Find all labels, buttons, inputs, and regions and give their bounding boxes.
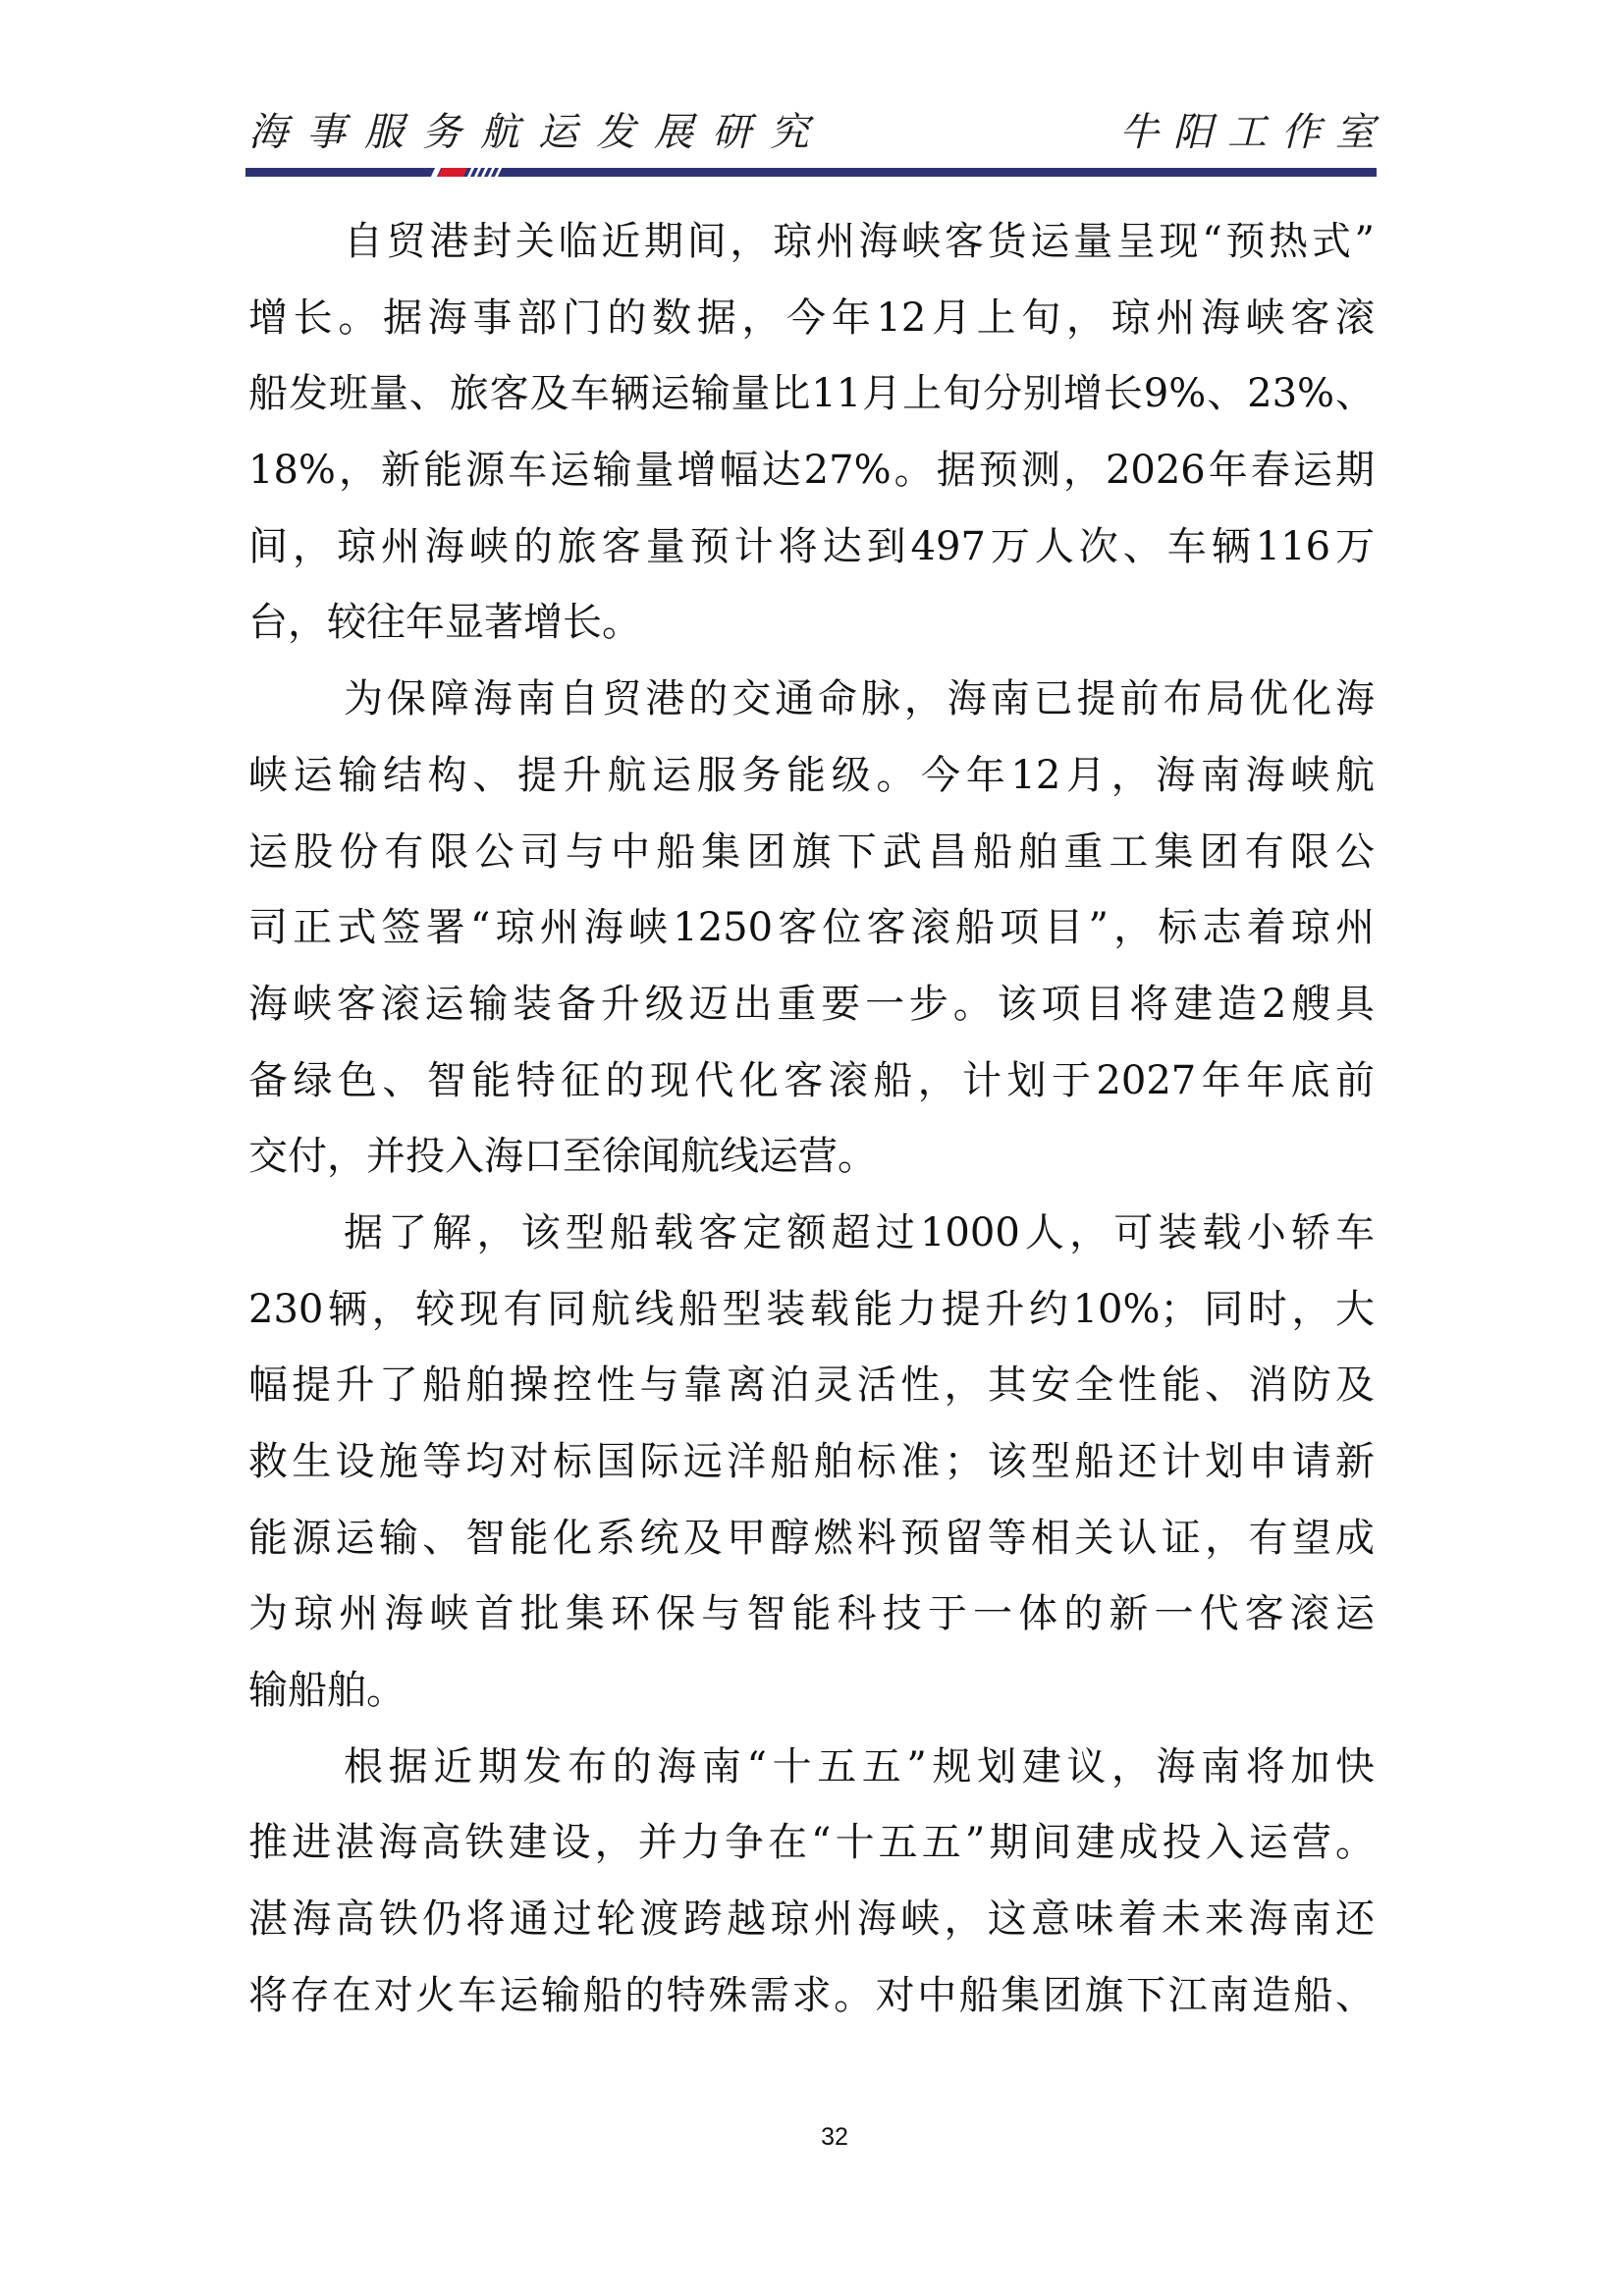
text-line: 据了解，该型船载客定额超过1000人，可装载小轿车 (248, 1196, 1375, 1272)
text-line: 自贸港封关临近期间，琼州海峡客货运量呈现“预热式” (248, 204, 1375, 281)
text-line: 台，较往年显著增长。 (248, 585, 1375, 662)
text-line: 司正式签署“琼州海峡1250客位客滚船项目”，标志着琼州 (248, 890, 1375, 967)
text-line: 备绿色、智能特征的现代化客滚船，计划于2027年年底前 (248, 1043, 1375, 1120)
text-line: 输船舶。 (248, 1653, 1375, 1730)
text-line: 救生设施等均对标国际远洋船舶标准；该型船还计划申请新 (248, 1424, 1375, 1501)
text-line: 交付，并投入海口至徐闻航线运营。 (248, 1119, 1375, 1196)
text-line: 为保障海南自贸港的交通命脉，海南已提前布局优化海 (248, 662, 1375, 738)
text-line: 船发班量、旅客及车辆运输量比11月上旬分别增长9%、23%、 (248, 356, 1375, 433)
text-line: 推进湛海高铁建设，并力争在“十五五”期间建成投入运营。 (248, 1805, 1375, 1882)
text-line: 将存在对火车运输船的特殊需求。对中船集团旗下江南造船、 (248, 1958, 1375, 2035)
running-header-title: 海事服务航运发展研究 (248, 108, 828, 157)
text-line: 湛海高铁仍将通过轮渡跨越琼州海峡，这意味着未来海南还 (248, 1882, 1375, 1958)
header-rule-bar (245, 168, 1377, 177)
page-number: 32 (795, 2120, 874, 2154)
text-line: 运股份有限公司与中船集团旗下武昌船舶重工集团有限公 (248, 815, 1375, 891)
text-line: 18%，新能源车运输量增幅达27%。据预测，2026年春运期 (248, 433, 1375, 509)
text-line: 间，琼州海峡的旅客量预计将达到497万人次、车辆116万 (248, 509, 1375, 586)
text-line: 峡运输结构、提升航运服务能级。今年12月，海南海峡航 (248, 738, 1375, 815)
header-rule-red-accent (438, 168, 467, 177)
text-line: 能源运输、智能化系统及甲醇燃料预留等相关认证，有望成 (248, 1501, 1375, 1577)
running-header-studio: 牛阳工作室 (1119, 108, 1375, 157)
text-line: 为琼州海峡首批集环保与智能科技于一体的新一代客滚运 (248, 1576, 1375, 1653)
text-line: 幅提升了船舶操控性与靠离泊灵活性，其安全性能、消防及 (248, 1348, 1375, 1424)
paragraph: 为保障海南自贸港的交通命脉，海南已提前布局优化海 峡运输结构、提升航运服务能级。… (248, 662, 1375, 1196)
text-line: 230辆，较现有同航线船型装载能力提升约10%；同时，大 (248, 1272, 1375, 1349)
text-line: 海峡客滚运输装备升级迈出重要一步。该项目将建造2艘具 (248, 967, 1375, 1043)
article-body: 自贸港封关临近期间，琼州海峡客货运量呈现“预热式” 增长。据海事部门的数据，今年… (248, 204, 1375, 2035)
paragraph: 据了解，该型船载客定额超过1000人，可装载小轿车 230辆，较现有同航线船型装… (248, 1196, 1375, 1730)
paragraph: 根据近期发布的海南“十五五”规划建议，海南将加快 推进湛海高铁建设，并力争在“十… (248, 1730, 1375, 2035)
running-header-studio-text: 牛阳工作室 (1119, 110, 1389, 155)
text-line: 增长。据海事部门的数据，今年12月上旬，琼州海峡客滚 (248, 281, 1375, 357)
text-line: 根据近期发布的海南“十五五”规划建议，海南将加快 (248, 1730, 1375, 1806)
paragraph: 自贸港封关临近期间，琼州海峡客货运量呈现“预热式” 增长。据海事部门的数据，今年… (248, 204, 1375, 662)
